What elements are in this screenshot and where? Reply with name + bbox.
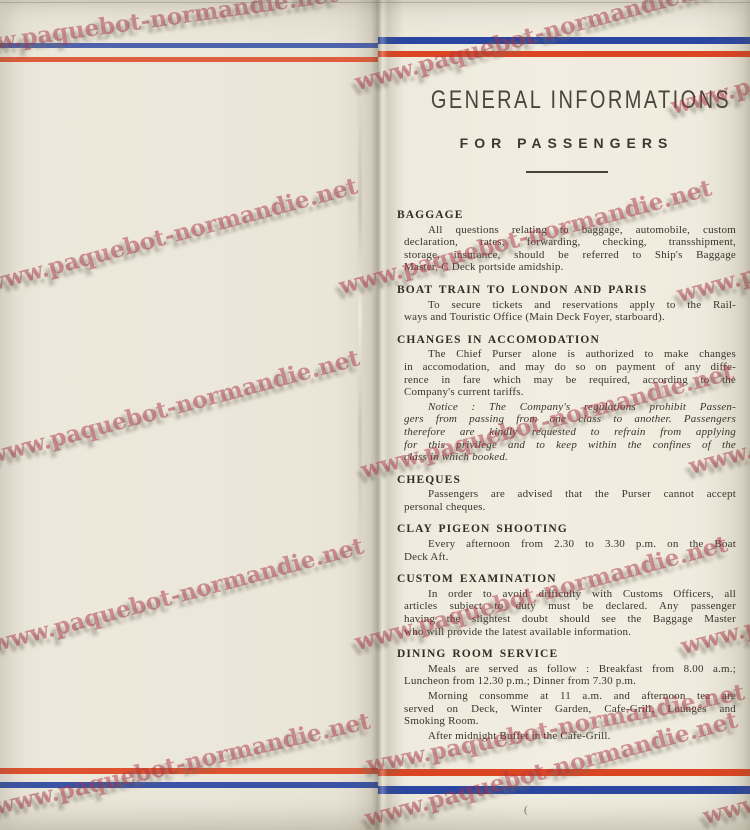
text-line: rence in fare which may be required, acc… [404,374,736,387]
text-line: Luncheon from 12.30 p.m.; Dinner from 7.… [404,675,736,688]
text-line: who will provide the latest available in… [404,626,736,639]
text-line: Every afternoon from 2.30 to 3.30 p.m. o… [404,538,736,551]
text-line: Notice : The Company's regulations prohi… [404,401,736,414]
text-line: To secure tickets and reservations apply… [404,299,736,312]
right-bottom-blue-stripe [378,786,750,794]
left-bottom-red-stripe [0,768,378,774]
page-subtitle: FOR PASSENGERS [397,135,736,151]
right-page: GENERAL INFORMATIONS FOR PASSENGERS BAGG… [378,0,750,830]
text-line: storage, insurance, should be referred t… [404,249,736,262]
paragraph: Passengers are advised that the Purser c… [397,488,736,513]
text-line: Smoking Room. [404,715,736,728]
text-line: Company's current tariffs. [404,386,736,399]
paragraph: Morning consomme at 11 a.m. and afternoo… [397,690,736,728]
text-line: class in which booked. [404,451,736,464]
text-line: for this privilege and to keep within th… [404,439,736,452]
text-line: in accomodation, and may do so on paymen… [404,361,736,374]
text-line: having the slightest doubt should see th… [404,613,736,626]
section-heading: CUSTOM EXAMINATION [397,573,736,586]
paragraph: Every afternoon from 2.30 to 3.30 p.m. o… [397,538,736,563]
section-heading: BAGGAGE [397,209,736,222]
section-heading: CHANGES IN ACCOMODATION [397,334,736,347]
text-line: gers from passing from one class to anot… [404,413,736,426]
title-divider [526,171,608,173]
text-line: Meals are served as follow : Breakfast f… [404,663,736,676]
section-heading: DINING ROOM SERVICE [397,648,736,661]
paragraph: To secure tickets and reservations apply… [397,299,736,324]
left-top-red-stripe [0,57,378,62]
left-bottom-blue-stripe [0,782,378,788]
page-title: GENERAL INFORMATIONS [431,86,702,115]
text-line: personal cheques. [404,501,736,514]
text-line: served on Deck, Winter Garden, Cafe-Gril… [404,703,736,716]
scan-edge [0,2,750,3]
section-heading: CHEQUES [397,474,736,487]
left-page [0,0,378,830]
text-line: therefore are kindly requested to refrai… [404,426,736,439]
text-line: declaration, rates, forwarding, checking… [404,236,736,249]
scanned-booklet-spread: GENERAL INFORMATIONS FOR PASSENGERS BAGG… [0,0,750,830]
paragraph: All questions relating to baggage, autom… [397,224,736,274]
paragraph: After midnight Buffet in the Cafe-Grill. [397,730,736,743]
text-line: Morning consomme at 11 a.m. and afternoo… [404,690,736,703]
paragraph: Meals are served as follow : Breakfast f… [397,663,736,688]
paragraph: The Chief Purser alone is authorized to … [397,348,736,398]
page-content: GENERAL INFORMATIONS FOR PASSENGERS BAGG… [397,0,736,744]
text-line: Master, C Deck portside amidship. [404,261,736,274]
left-top-blue-stripe [0,43,378,48]
scan-artifact: ( [524,804,528,816]
section-heading: CLAY PIGEON SHOOTING [397,523,736,536]
text-line: articles subject to duty must be declare… [404,600,736,613]
text-line: In order to avoid difficulty with Custom… [404,588,736,601]
text-line: All questions relating to baggage, autom… [404,224,736,237]
text-line: Passengers are advised that the Purser c… [404,488,736,501]
paragraph: In order to avoid difficulty with Custom… [397,588,736,638]
fold-crease [358,90,362,560]
paragraph: Notice : The Company's regulations prohi… [397,401,736,464]
text-line: ways and Touristic Office (Main Deck Foy… [404,311,736,324]
text-line: After midnight Buffet in the Cafe-Grill. [404,730,736,743]
section-heading: BOAT TRAIN TO LONDON AND PARIS [397,284,736,297]
right-bottom-red-stripe [378,769,750,776]
sections-container: BAGGAGEAll questions relating to baggage… [397,209,736,742]
text-line: Deck Aft. [404,551,736,564]
text-line: The Chief Purser alone is authorized to … [404,348,736,361]
